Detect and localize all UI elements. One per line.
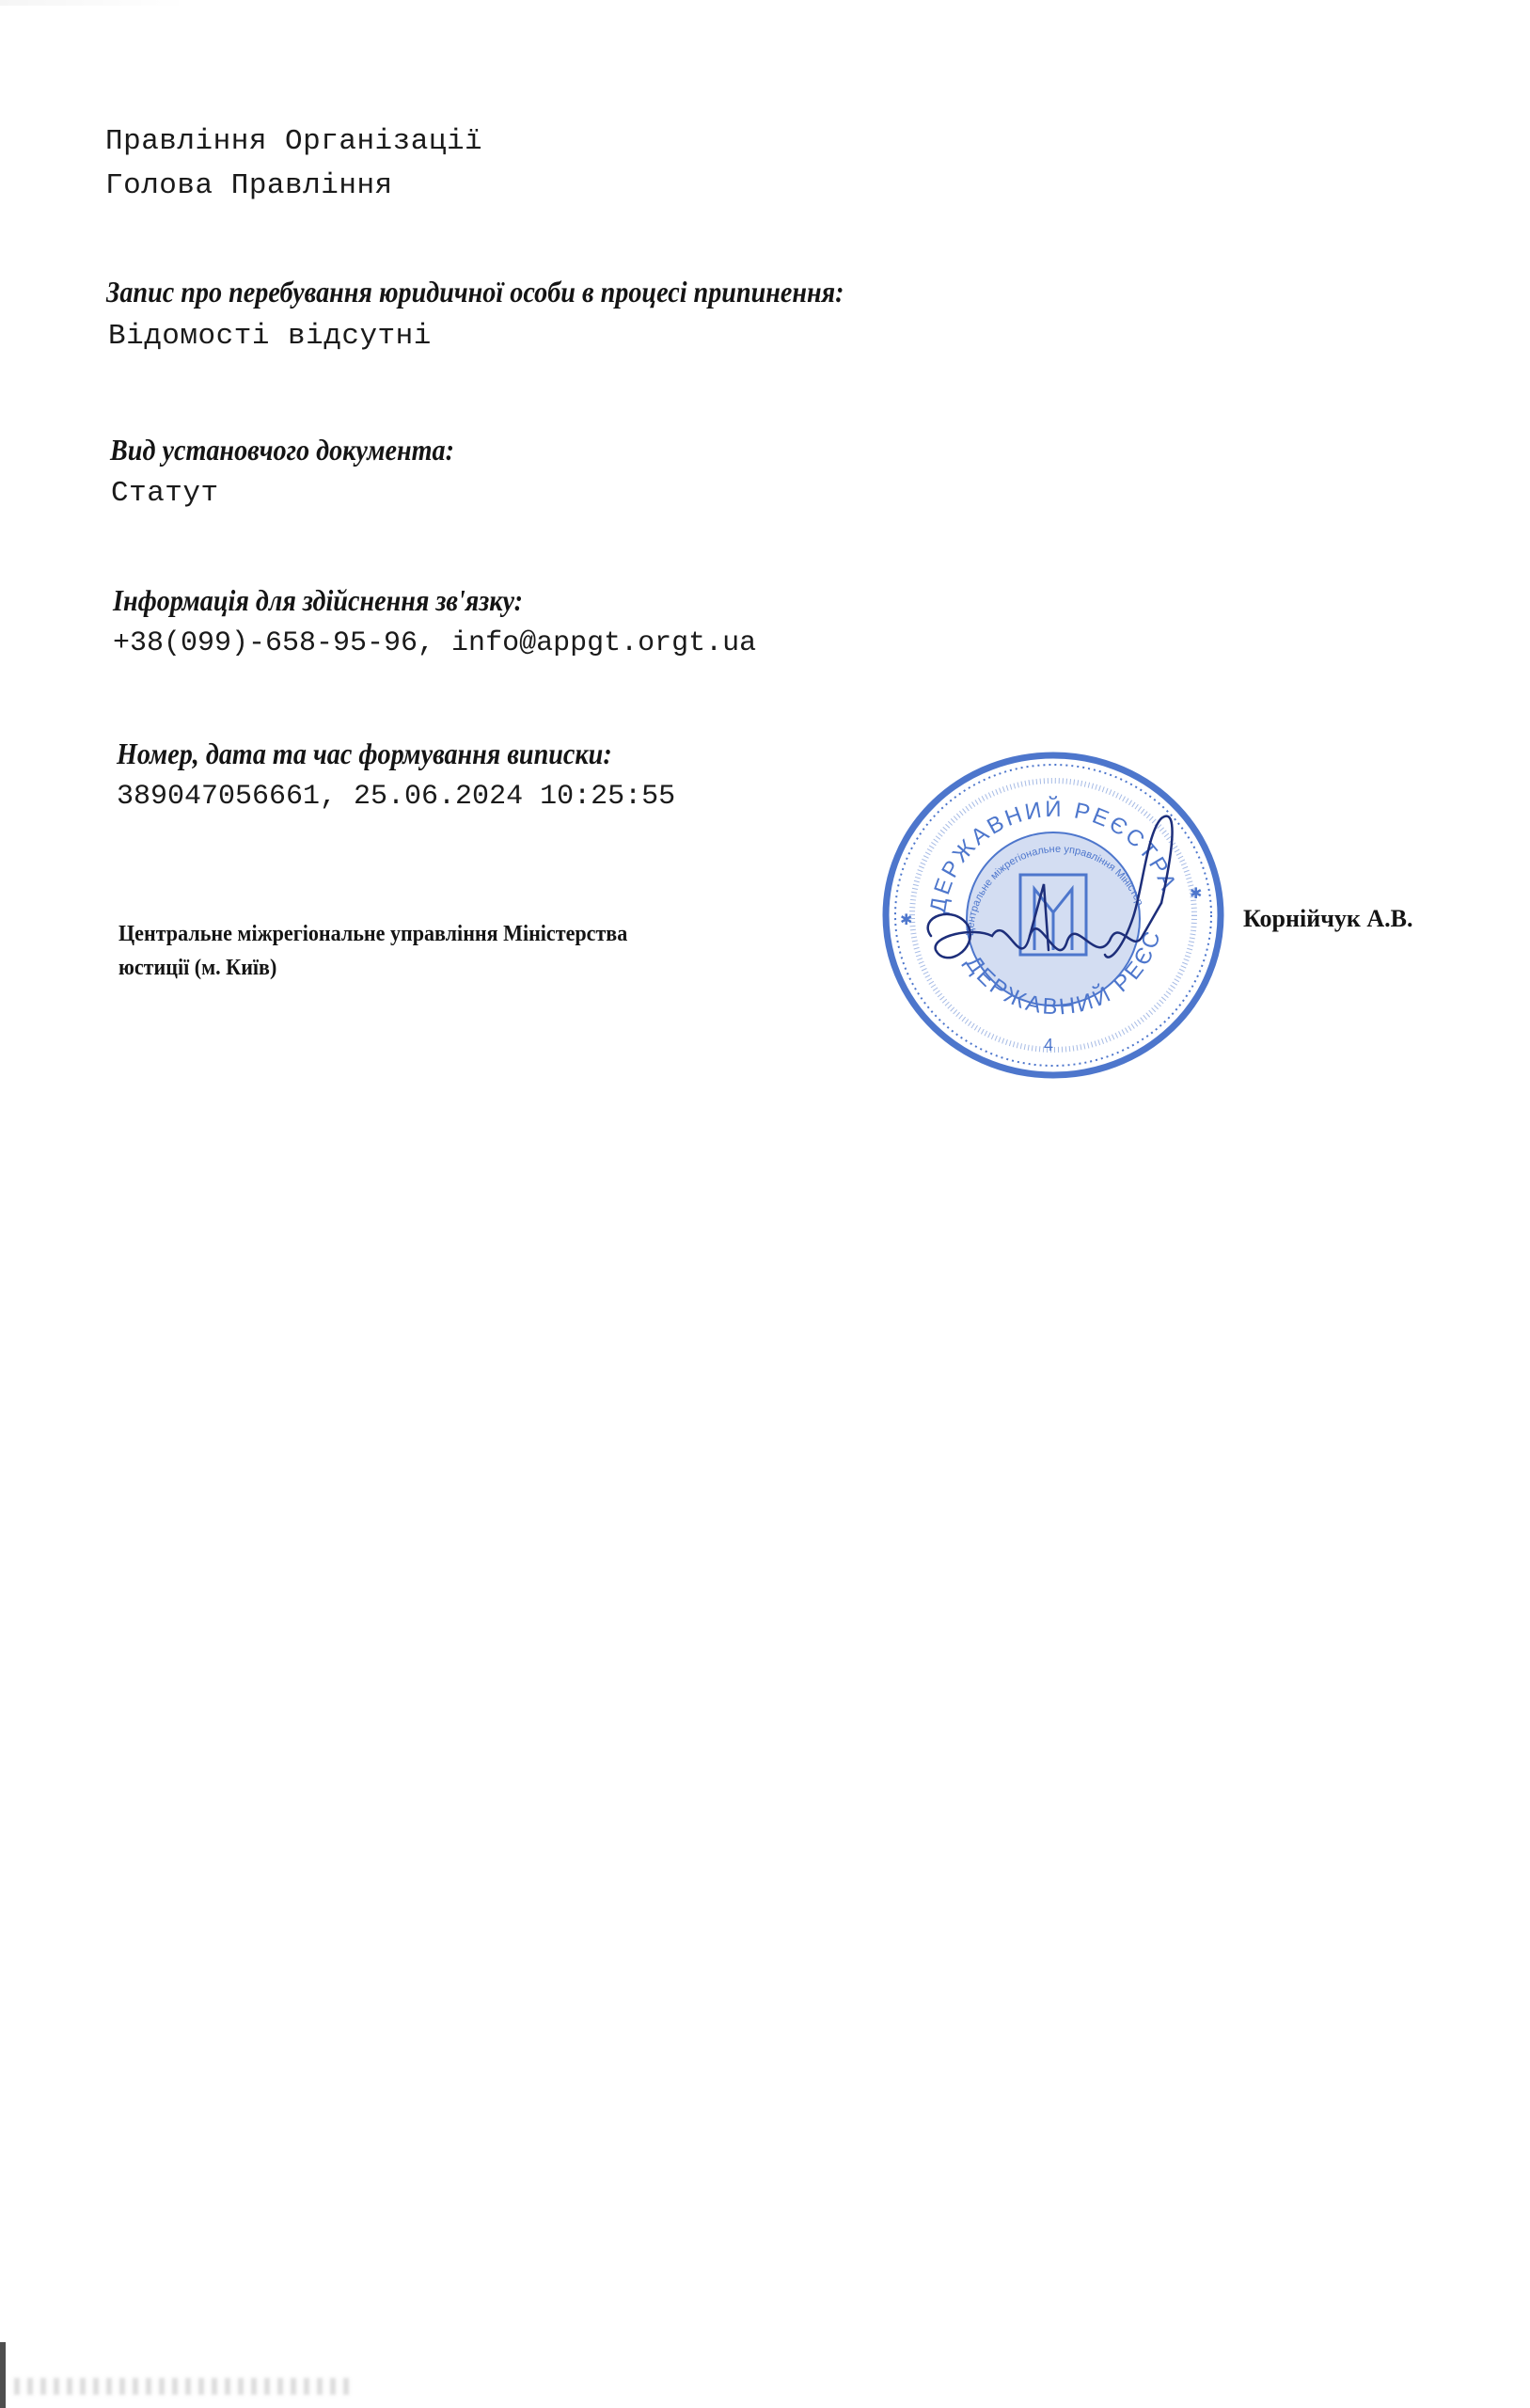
contact-info-value: +38(099)-658-95-96, info@appgt.orgt.ua bbox=[113, 627, 756, 659]
contact-info-label: Інформація для здійснення зв'язку: bbox=[113, 583, 523, 618]
svg-text:✱: ✱ bbox=[1190, 884, 1202, 902]
issuing-authority-line2: юстиції (м. Київ) bbox=[118, 951, 627, 985]
termination-record-label: Запис про перебування юридичної особи в … bbox=[106, 275, 844, 309]
issuing-authority-line1: Центральне міжрегіональне управління Мін… bbox=[118, 917, 627, 951]
scan-artifact bbox=[14, 2378, 353, 2395]
termination-record-value: Відомості відсутні bbox=[108, 320, 432, 353]
extract-info-value: 389047056661, 25.06.2024 10:25:55 bbox=[117, 781, 675, 813]
stamp-seal-icon: ДЕРЖАВНИЙ РЕЄСТРАТОР ДЕРЖАВНИЙ РЕЄСТРАТО… bbox=[879, 748, 1227, 1082]
svg-text:4: 4 bbox=[1044, 1036, 1053, 1054]
position-title: Голова Правління bbox=[105, 169, 393, 202]
founding-document-label: Вид установчого документа: bbox=[110, 433, 454, 467]
scan-artifact bbox=[0, 2342, 6, 2408]
issuing-authority: Центральне міжрегіональне управління Мін… bbox=[118, 917, 627, 985]
organization-body: Правління Організації bbox=[105, 125, 482, 158]
founding-document-value: Статут bbox=[111, 477, 219, 510]
registrar-name: Корнійчук А.В. bbox=[1243, 905, 1412, 933]
svg-text:✱: ✱ bbox=[900, 911, 912, 928]
extract-info-label: Номер, дата та час формування виписки: bbox=[117, 737, 612, 771]
document-page: Правління Організації Голова Правління З… bbox=[0, 0, 1530, 2408]
official-stamp: ДЕРЖАВНИЙ РЕЄСТРАТОР ДЕРЖАВНИЙ РЕЄСТРАТО… bbox=[879, 748, 1227, 1082]
scan-artifact bbox=[0, 0, 188, 6]
